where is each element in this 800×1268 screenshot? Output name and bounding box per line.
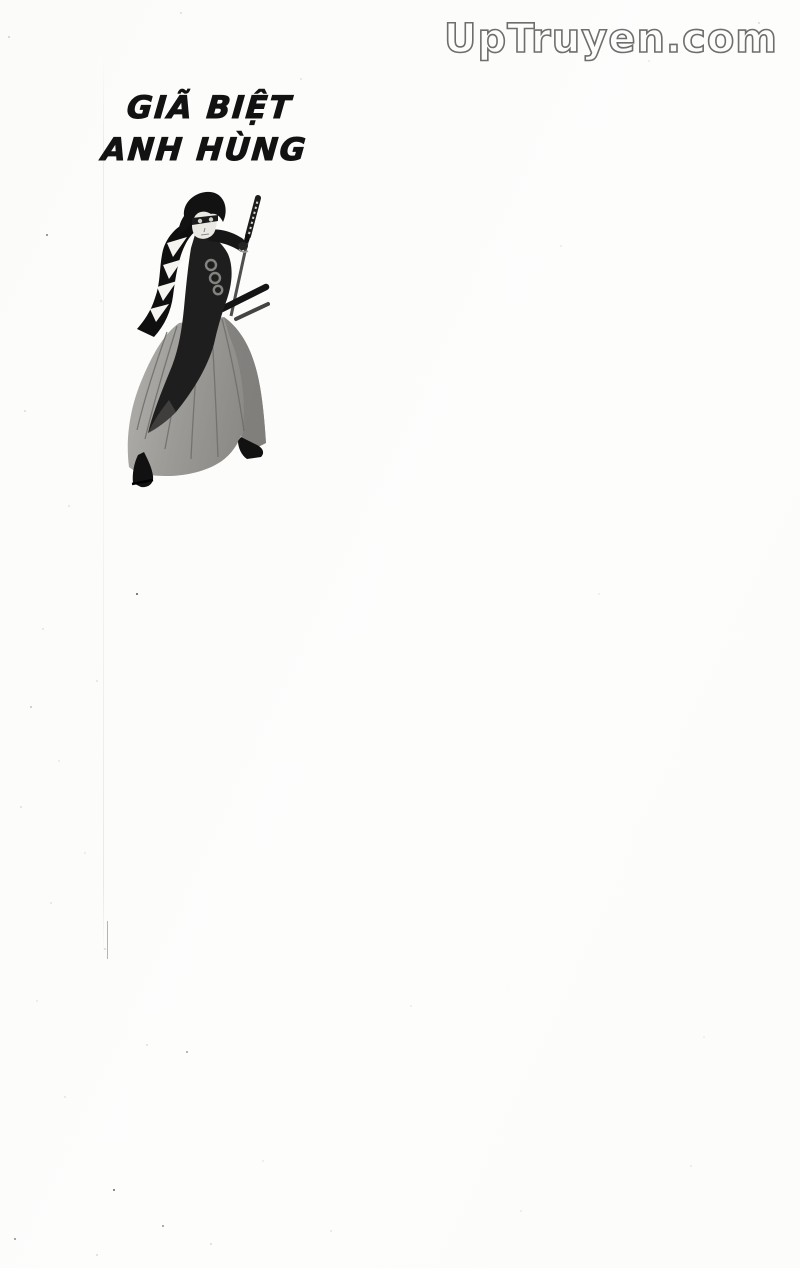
- scan-crease-dark-segment: [107, 921, 108, 959]
- scan-dust-speckles: [0, 0, 2, 2]
- scan-crease-line: [103, 55, 104, 960]
- chapter-title-line1: GIÃ BIỆT: [125, 90, 293, 126]
- manga-page: UpTruyen.com GIÃ BIỆT ANH HÙNG: [0, 0, 800, 1268]
- chapter-title-line2: ANH HÙNG: [100, 132, 308, 168]
- watermark-text: UpTruyen.com: [446, 16, 776, 62]
- site-watermark: UpTruyen.com: [446, 8, 776, 66]
- samurai-illustration: [120, 186, 270, 496]
